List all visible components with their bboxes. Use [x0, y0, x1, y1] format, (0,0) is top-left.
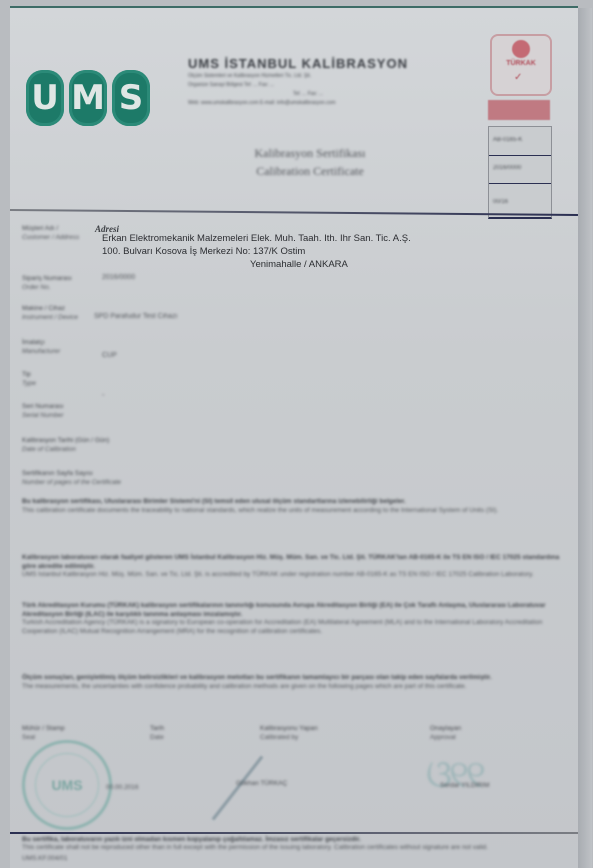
date-column-label: Tarih Date: [150, 724, 164, 742]
manufacturer-value: CUP: [102, 352, 117, 359]
calibrated-by-label: Kalibrasyonu Yapan Calibrated by: [260, 724, 318, 742]
paragraph-accreditation: Kalibrasyon laboratuvarı olarak faaliyet…: [22, 554, 567, 580]
company-info-line: Organize Sanayi Bölgesi Tel: ... Fax: ..…: [188, 82, 428, 89]
customer-address-line1: 100. Bulvarı Kosova İş Merkezi No: 137/K…: [102, 246, 305, 257]
approval-signature: ଓ୧୧: [426, 752, 483, 797]
paragraph-traceability: Bu kalibrasyon sertifikası, Uluslararası…: [22, 498, 567, 515]
checkmark-icon: ✓: [514, 72, 528, 82]
footer-divider: [10, 832, 578, 834]
page-count-label: Sertifikanın Sayfa Sayısı Number of page…: [22, 469, 121, 487]
company-header: UMS İSTANBUL KALİBRASYON Ölçüm Sistemler…: [188, 56, 428, 107]
order-number-label: Sipariş Numarası Order No.: [22, 274, 72, 292]
serial-number-label: Seri Numarası Serial Number: [22, 402, 64, 420]
order-number-value: 2016/0000: [102, 274, 135, 281]
certificate-page: U M S UMS İSTANBUL KALİBRASYON Ölçüm Sis…: [10, 6, 578, 868]
seal-column-label: Mühür / Stamp Seal: [22, 724, 65, 742]
paragraph-measurements: Ölçüm sonuçları, genişletilmiş ölçüm bel…: [22, 674, 567, 691]
company-seal-stamp: UMS: [22, 740, 112, 830]
customer-address-line2: Yenimahalle / ANKARA: [250, 259, 348, 270]
accreditation-number: AB-0165-K: [493, 137, 522, 143]
footer-notice: Bu sertifika, laboratuvarın yazılı izni …: [22, 836, 567, 863]
approval-name: Serdar YILDIRIM: [440, 782, 489, 789]
company-name: UMS İSTANBUL KALİBRASYON: [188, 56, 428, 71]
approval-label: Onaylayan Approval: [430, 724, 461, 742]
calibrated-by-name: Gökhan TÜRKAÇ: [236, 780, 287, 787]
device-label: Makine / Cihaz Instrument / Device: [22, 304, 78, 322]
company-info-line: Ölçüm Sistemleri ve Kalibrasyon Hizmetle…: [188, 73, 428, 80]
type-value: -: [102, 392, 104, 399]
certificate-number: 2016/0000: [493, 165, 521, 171]
paragraph-recognition: Türk Akreditasyon Kurumu (TÜRKAK) kalibr…: [22, 602, 567, 636]
device-value: SPD Parafudur Test Cihazı: [94, 313, 178, 320]
accreditation-box: AB-0165-K 2016/0000 00/16: [488, 126, 552, 219]
logo-letter: M: [69, 70, 107, 126]
title-tr: Kalibrasyon Sertifikası: [190, 144, 430, 162]
company-info-line: Web: www.umskalibrasyon.com E-mail: info…: [188, 100, 428, 107]
badge-label: TÜRKAK: [496, 60, 546, 67]
accreditation-block: TÜRKAK ✓ AB-0165-K 2016/0000 00/16: [484, 34, 554, 219]
customer-label: Müşteri Adı / Customer / Address: [22, 224, 79, 242]
title-en: Calibration Certificate: [190, 162, 430, 180]
accreditation-bar: [488, 100, 550, 120]
customer-name: Erkan Elektromekanik Malzemeleri Elek. M…: [102, 233, 411, 244]
company-info-line: Tel: ... Fax: ...: [188, 91, 428, 98]
issue-date: 00.00.2016: [106, 784, 139, 791]
ums-logo: U M S: [26, 70, 150, 126]
manufacturer-label: İmalatçı Manufacturer: [22, 338, 60, 356]
year-code: 00/16: [493, 199, 508, 205]
type-label: Tip Type: [22, 370, 36, 388]
certificate-title: Kalibrasyon Sertifikası Calibration Cert…: [190, 144, 430, 180]
signature-stroke: [212, 756, 264, 821]
turkak-badge: TÜRKAK ✓: [490, 34, 552, 96]
logo-letter: S: [112, 70, 150, 126]
calibration-date-label: Kalibrasyon Tarihi (Gün / Gün) Date of C…: [22, 436, 109, 454]
badge-emblem-icon: [512, 40, 530, 58]
form-code: UMS.KF.004/01: [22, 855, 567, 863]
logo-letter: U: [26, 70, 64, 126]
